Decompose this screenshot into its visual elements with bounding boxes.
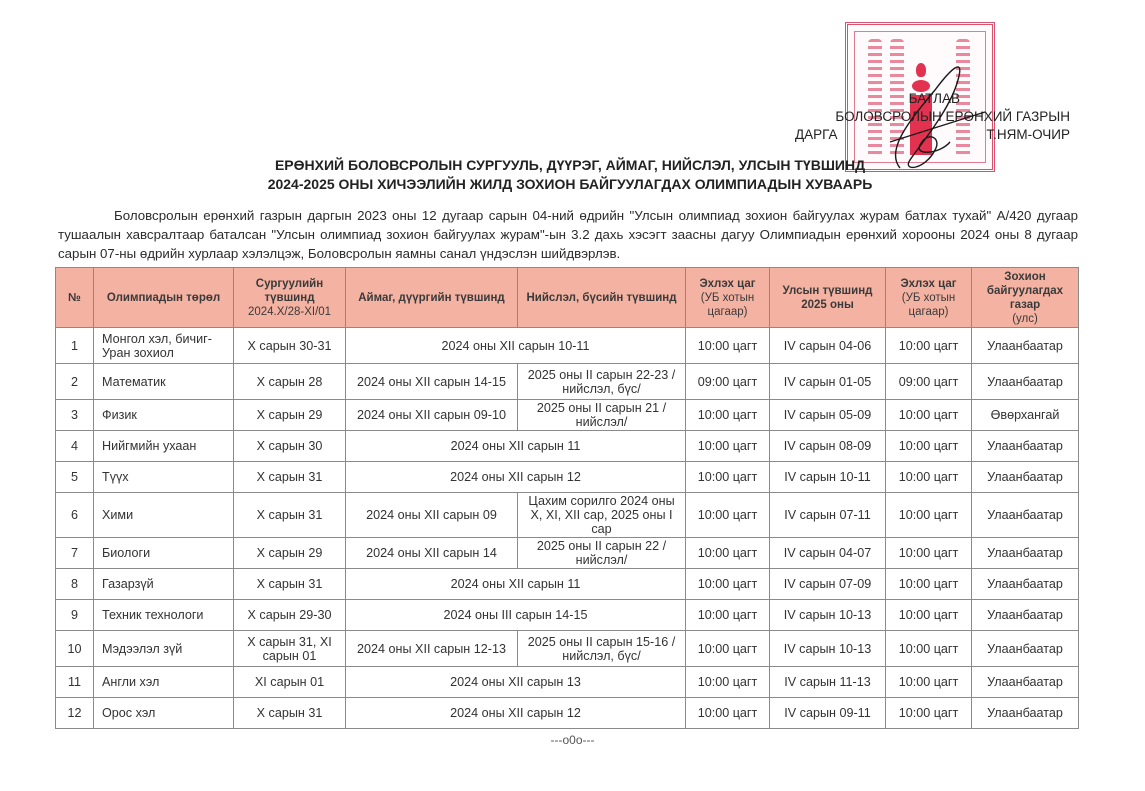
cell-venue: Улаанбаатар <box>972 600 1079 631</box>
cell-olympiad-type: Газарзүй <box>94 569 234 600</box>
cell-no: 10 <box>56 631 94 667</box>
cell-olympiad-type: Физик <box>94 400 234 431</box>
cell-start-time-2: 10:00 цагт <box>886 631 972 667</box>
cell-start-time-1: 10:00 цагт <box>686 631 770 667</box>
cell-no: 12 <box>56 698 94 729</box>
header-start-time-2: Эхлэх цаг(УБ хотын цагаар) <box>886 268 972 328</box>
cell-capital-level: 2025 оны II сарын 22-23 /нийслэл, бүс/ <box>518 364 686 400</box>
cell-venue: Улаанбаатар <box>972 538 1079 569</box>
header-venue: Зохион байгуулагдах газар(улс) <box>972 268 1079 328</box>
cell-aimag-capital-merged: 2024 оны XII сарын 11 <box>346 569 686 600</box>
cell-national-level: IV сарын 07-11 <box>770 493 886 538</box>
cell-no: 5 <box>56 462 94 493</box>
cell-start-time-1: 10:00 цагт <box>686 538 770 569</box>
cell-start-time-2: 10:00 цагт <box>886 569 972 600</box>
table-row: 11Англи хэлXI сарын 012024 оны XII сарын… <box>56 667 1079 698</box>
cell-capital-level: Цахим сорилго 2024 оны X, XI, XII сар, 2… <box>518 493 686 538</box>
table-row: 3ФизикX сарын 292024 оны XII сарын 09-10… <box>56 400 1079 431</box>
cell-venue: Улаанбаатар <box>972 364 1079 400</box>
cell-school-level: X сарын 31, XI сарын 01 <box>234 631 346 667</box>
cell-start-time-2: 10:00 цагт <box>886 462 972 493</box>
cell-start-time-2: 09:00 цагт <box>886 364 972 400</box>
cell-capital-level: 2025 оны II сарын 15-16 /нийслэл, бүс/ <box>518 631 686 667</box>
cell-start-time-1: 10:00 цагт <box>686 493 770 538</box>
cell-aimag-capital-merged: 2024 оны XII сарын 12 <box>346 698 686 729</box>
cell-olympiad-type: Орос хэл <box>94 698 234 729</box>
cell-school-level: X сарын 31 <box>234 569 346 600</box>
title-line-1: ЕРӨНХИЙ БОЛОВСРОЛЫН СУРГУУЛЬ, ДҮҮРЭГ, АЙ… <box>160 156 980 175</box>
header-school-dates: 2024.X/28-XI/01 <box>237 305 342 319</box>
cell-olympiad-type: Монгол хэл, бичиг-Уран зохиол <box>94 328 234 364</box>
cell-start-time-1: 10:00 цагт <box>686 328 770 364</box>
cell-aimag-level: 2024 оны XII сарын 09-10 <box>346 400 518 431</box>
olympiad-schedule-table: № Олимпиадын төрөл Сургуулийн түвшинд202… <box>55 267 1079 729</box>
cell-national-level: IV сарын 05-09 <box>770 400 886 431</box>
cell-aimag-level: 2024 оны XII сарын 12-13 <box>346 631 518 667</box>
cell-aimag-capital-merged: 2024 оны XII сарын 10-11 <box>346 328 686 364</box>
table-row: 10Мэдээлэл зүйX сарын 31, XI сарын 01202… <box>56 631 1079 667</box>
cell-school-level: X сарын 29 <box>234 400 346 431</box>
table-row: 5ТүүхX сарын 312024 оны XII сарын 1210:0… <box>56 462 1079 493</box>
cell-olympiad-type: Түүх <box>94 462 234 493</box>
cell-olympiad-type: Англи хэл <box>94 667 234 698</box>
header-national-level: Улсын түвшинд 2025 оны <box>770 268 886 328</box>
table-row: 6ХимиX сарын 312024 оны XII сарын 09Цахи… <box>56 493 1079 538</box>
cell-venue: Улаанбаатар <box>972 493 1079 538</box>
cell-no: 8 <box>56 569 94 600</box>
header-school-level: Сургуулийн түвшинд2024.X/28-XI/01 <box>234 268 346 328</box>
cell-national-level: IV сарын 04-07 <box>770 538 886 569</box>
cell-start-time-2: 10:00 цагт <box>886 400 972 431</box>
cell-no: 3 <box>56 400 94 431</box>
cell-national-level: IV сарын 10-11 <box>770 462 886 493</box>
cell-school-level: XI сарын 01 <box>234 667 346 698</box>
table-row: 12Орос хэлX сарын 312024 оны XII сарын 1… <box>56 698 1079 729</box>
cell-capital-level: 2025 оны II сарын 22 /нийслэл/ <box>518 538 686 569</box>
table-row: 4Нийгмийн ухаанX сарын 302024 оны XII са… <box>56 431 1079 462</box>
cell-school-level: X сарын 29 <box>234 538 346 569</box>
cell-no: 11 <box>56 667 94 698</box>
intro-text: Боловсролын ерөнхий газрын даргын 2023 о… <box>58 208 1078 261</box>
header-olympiad-type: Олимпиадын төрөл <box>94 268 234 328</box>
cell-start-time-1: 10:00 цагт <box>686 667 770 698</box>
table-header-row: № Олимпиадын төрөл Сургуулийн түвшинд202… <box>56 268 1079 328</box>
header-aimag-level: Аймаг, дүүргийн түвшинд <box>346 268 518 328</box>
table-row: 9Техник технологиX сарын 29-302024 оны I… <box>56 600 1079 631</box>
cell-national-level: IV сарын 10-13 <box>770 600 886 631</box>
approval-signatory-name: Т.НЯМ-ОЧИР <box>986 126 1070 144</box>
cell-start-time-1: 10:00 цагт <box>686 600 770 631</box>
cell-school-level: X сарын 28 <box>234 364 346 400</box>
cell-national-level: IV сарын 07-09 <box>770 569 886 600</box>
cell-olympiad-type: Математик <box>94 364 234 400</box>
header-start-time-1: Эхлэх цаг(УБ хотын цагаар) <box>686 268 770 328</box>
cell-no: 1 <box>56 328 94 364</box>
cell-aimag-level: 2024 оны XII сарын 14 <box>346 538 518 569</box>
cell-no: 7 <box>56 538 94 569</box>
cell-school-level: X сарын 29-30 <box>234 600 346 631</box>
cell-olympiad-type: Биологи <box>94 538 234 569</box>
cell-national-level: IV сарын 09-11 <box>770 698 886 729</box>
table-row: 8ГазарзүйX сарын 312024 оны XII сарын 11… <box>56 569 1079 600</box>
document-title: ЕРӨНХИЙ БОЛОВСРОЛЫН СУРГУУЛЬ, ДҮҮРЭГ, АЙ… <box>160 156 980 194</box>
cell-no: 9 <box>56 600 94 631</box>
cell-venue: Улаанбаатар <box>972 631 1079 667</box>
cell-no: 4 <box>56 431 94 462</box>
cell-no: 6 <box>56 493 94 538</box>
header-capital-level: Нийслэл, бүсийн түвшинд <box>518 268 686 328</box>
cell-start-time-2: 10:00 цагт <box>886 431 972 462</box>
cell-school-level: X сарын 31 <box>234 698 346 729</box>
approval-position: ДАРГА <box>795 126 838 144</box>
cell-start-time-2: 10:00 цагт <box>886 698 972 729</box>
table-row: 7БиологиX сарын 292024 оны XII сарын 142… <box>56 538 1079 569</box>
cell-venue: Улаанбаатар <box>972 328 1079 364</box>
cell-national-level: IV сарын 08-09 <box>770 431 886 462</box>
cell-capital-level: 2025 оны II сарын 21 /нийслэл/ <box>518 400 686 431</box>
cell-olympiad-type: Хими <box>94 493 234 538</box>
header-no: № <box>56 268 94 328</box>
cell-school-level: X сарын 30 <box>234 431 346 462</box>
document-end-mark: ---o0o--- <box>0 733 1145 747</box>
cell-national-level: IV сарын 01-05 <box>770 364 886 400</box>
cell-aimag-level: 2024 оны XII сарын 14-15 <box>346 364 518 400</box>
cell-start-time-2: 10:00 цагт <box>886 538 972 569</box>
cell-national-level: IV сарын 10-13 <box>770 631 886 667</box>
cell-no: 2 <box>56 364 94 400</box>
cell-aimag-capital-merged: 2024 оны III сарын 14-15 <box>346 600 686 631</box>
cell-start-time-1: 10:00 цагт <box>686 431 770 462</box>
cell-start-time-1: 10:00 цагт <box>686 400 770 431</box>
cell-olympiad-type: Мэдээлэл зүй <box>94 631 234 667</box>
cell-start-time-2: 10:00 цагт <box>886 667 972 698</box>
cell-aimag-level: 2024 оны XII сарын 09 <box>346 493 518 538</box>
cell-start-time-1: 09:00 цагт <box>686 364 770 400</box>
cell-venue: Өвөрхангай <box>972 400 1079 431</box>
cell-olympiad-type: Нийгмийн ухаан <box>94 431 234 462</box>
cell-start-time-2: 10:00 цагт <box>886 328 972 364</box>
cell-school-level: X сарын 30-31 <box>234 328 346 364</box>
cell-start-time-2: 10:00 цагт <box>886 600 972 631</box>
cell-venue: Улаанбаатар <box>972 698 1079 729</box>
intro-paragraph: Боловсролын ерөнхий газрын даргын 2023 о… <box>58 206 1078 263</box>
cell-school-level: X сарын 31 <box>234 493 346 538</box>
cell-venue: Улаанбаатар <box>972 462 1079 493</box>
title-line-2: 2024-2025 ОНЫ ХИЧЭЭЛИЙН ЖИЛД ЗОХИОН БАЙГ… <box>160 175 980 194</box>
cell-aimag-capital-merged: 2024 оны XII сарын 13 <box>346 667 686 698</box>
cell-national-level: IV сарын 04-06 <box>770 328 886 364</box>
table-row: 1Монгол хэл, бичиг-Уран зохиолX сарын 30… <box>56 328 1079 364</box>
cell-venue: Улаанбаатар <box>972 431 1079 462</box>
cell-school-level: X сарын 31 <box>234 462 346 493</box>
cell-start-time-1: 10:00 цагт <box>686 698 770 729</box>
cell-olympiad-type: Техник технологи <box>94 600 234 631</box>
cell-start-time-2: 10:00 цагт <box>886 493 972 538</box>
cell-venue: Улаанбаатар <box>972 569 1079 600</box>
cell-aimag-capital-merged: 2024 оны XII сарын 12 <box>346 462 686 493</box>
cell-aimag-capital-merged: 2024 оны XII сарын 11 <box>346 431 686 462</box>
table-row: 2МатематикX сарын 282024 оны XII сарын 1… <box>56 364 1079 400</box>
cell-venue: Улаанбаатар <box>972 667 1079 698</box>
cell-start-time-1: 10:00 цагт <box>686 462 770 493</box>
cell-start-time-1: 10:00 цагт <box>686 569 770 600</box>
cell-national-level: IV сарын 11-13 <box>770 667 886 698</box>
